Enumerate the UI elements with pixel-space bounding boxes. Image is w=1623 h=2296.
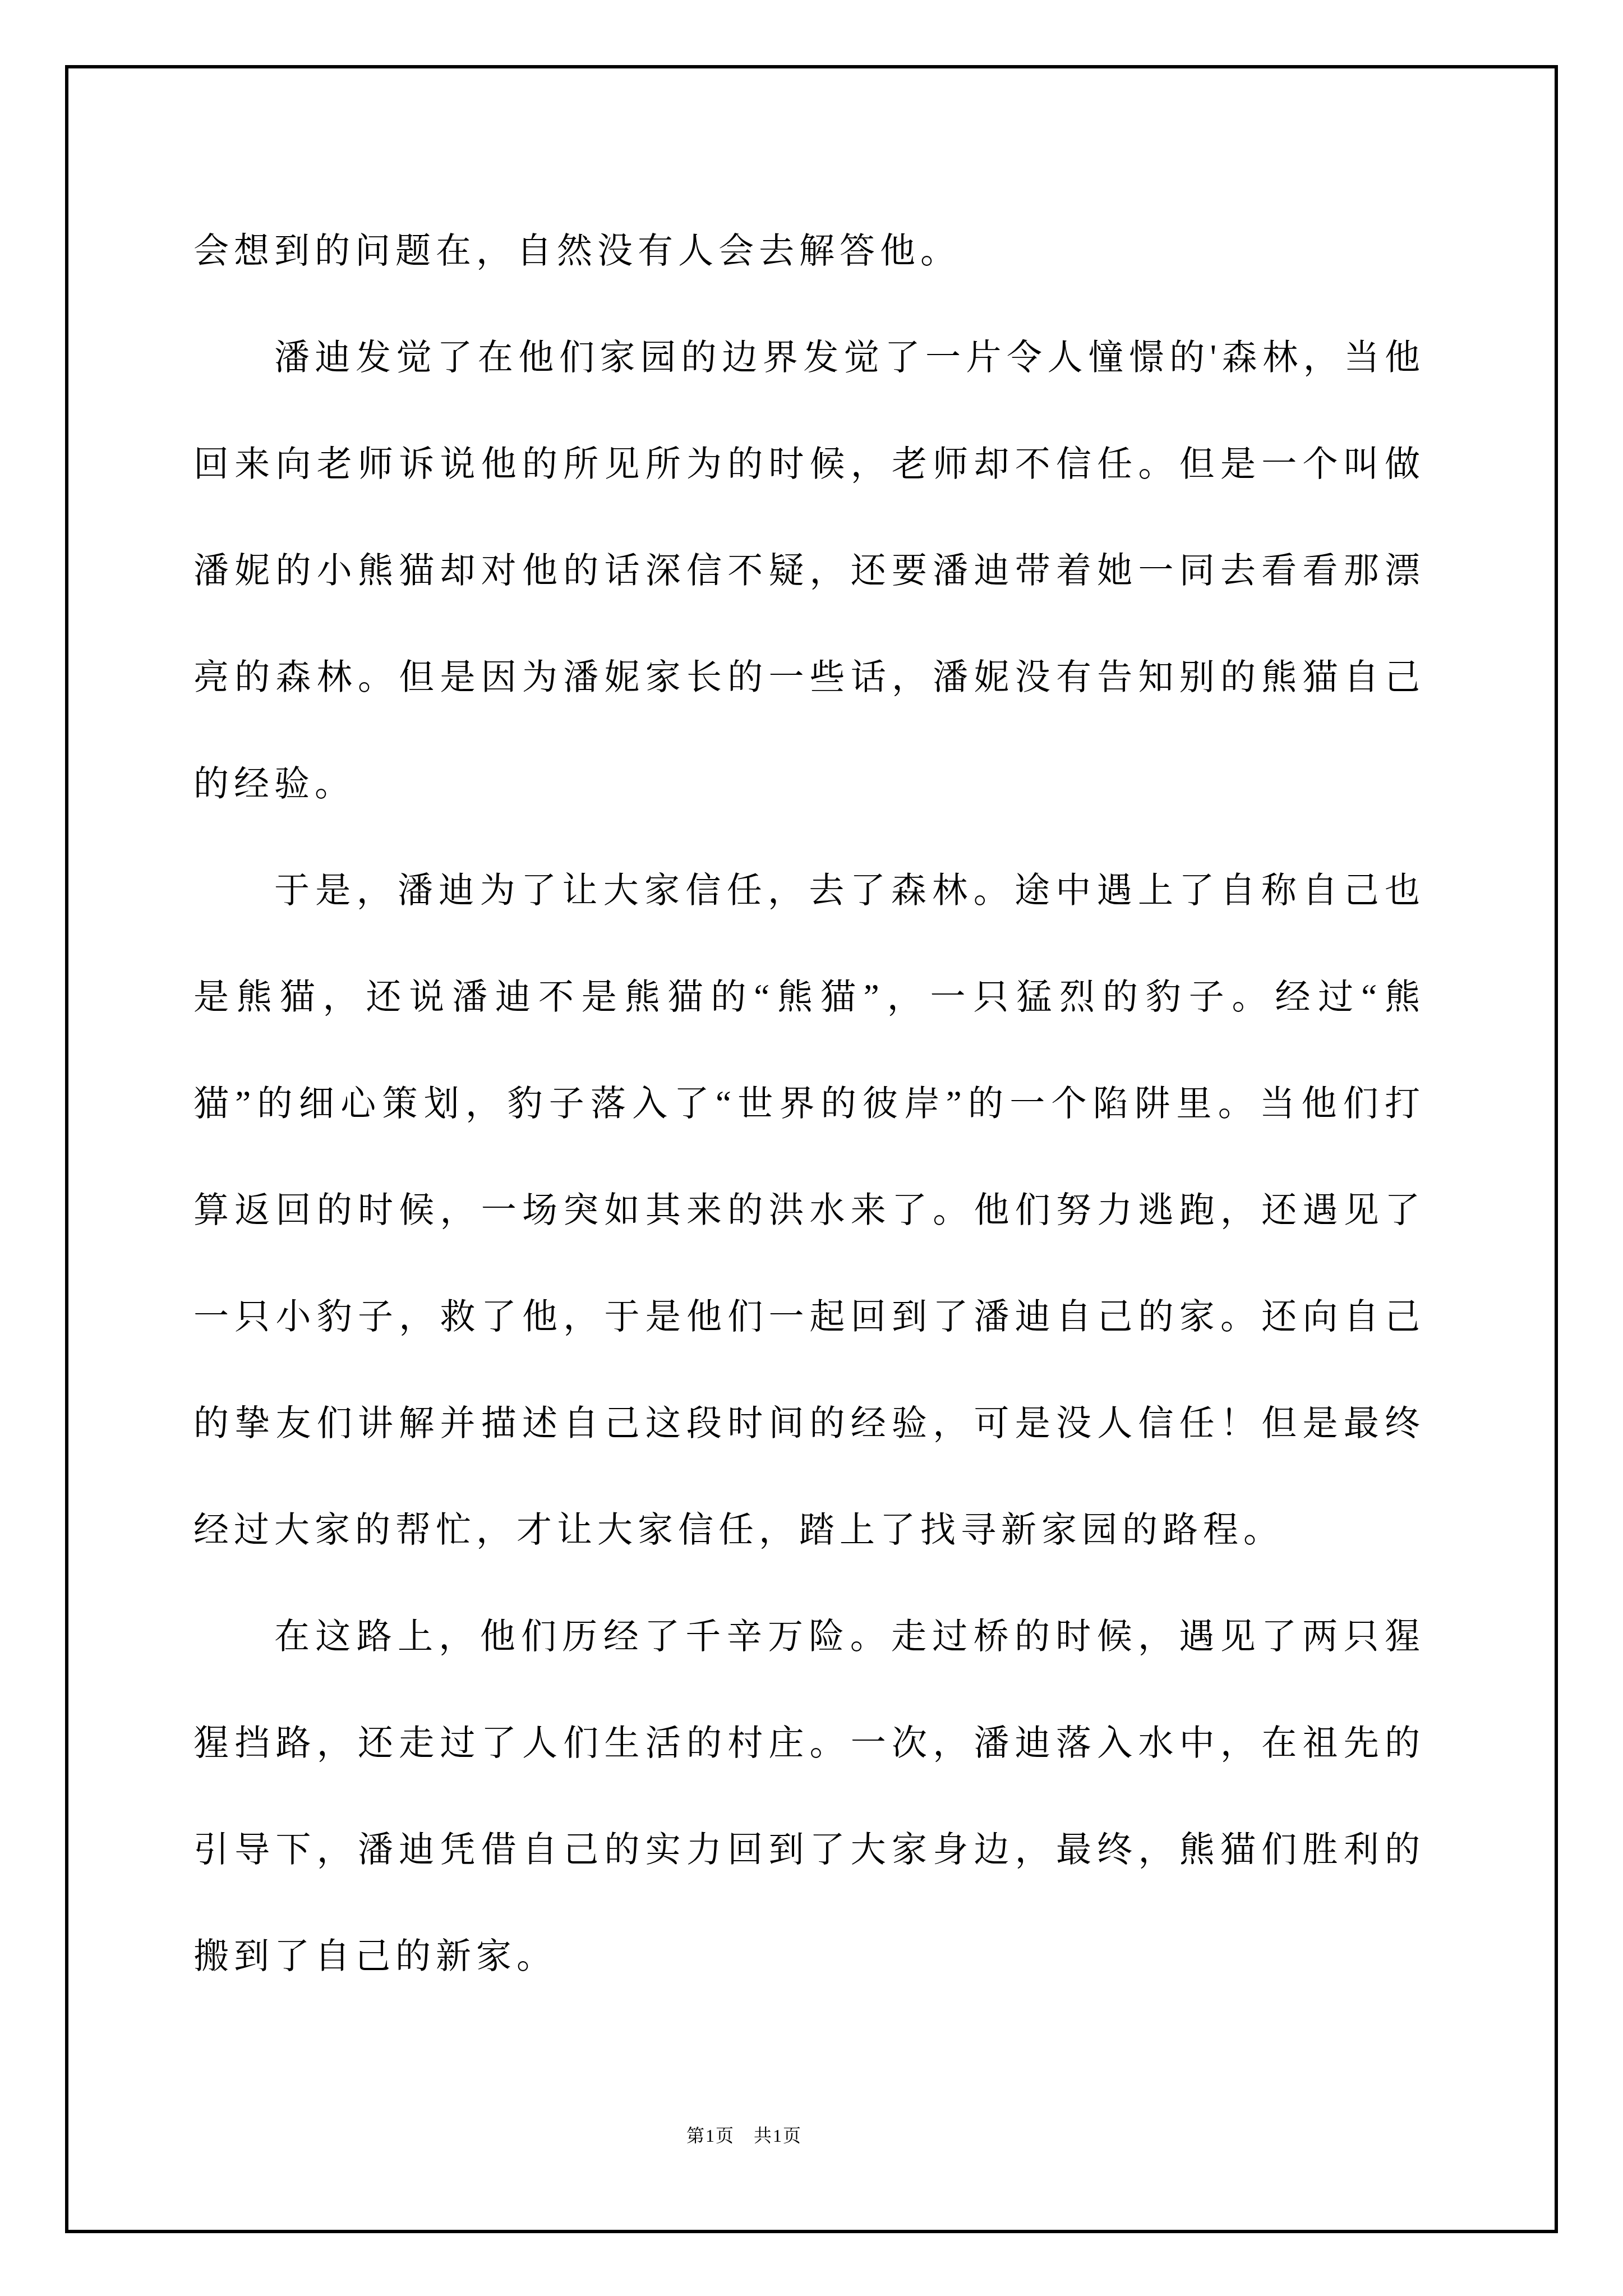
paragraph: 潘迪发觉了在他们家园的边界发觉了一片令人憧憬的'森林，当他回来向老师诉说他的所见… [193,304,1425,837]
document-body: 会想到的问题在，自然没有人会去解答他。 潘迪发觉了在他们家园的边界发觉了一片令人… [193,197,1425,2009]
paragraph: 在这路上，他们历经了千辛万险。走过桥的时候，遇见了两只猩猩挡路，还走过了人们生活… [193,1583,1425,2009]
document-page: 会想到的问题在，自然没有人会去解答他。 潘迪发觉了在他们家园的边界发觉了一片令人… [0,0,1623,2296]
paragraph: 于是，潘迪为了让大家信任，去了森林。途中遇上了自称自己也是熊猫，还说潘迪不是熊猫… [193,837,1425,1583]
page-number-footer: 第1页 共1页 [686,2122,802,2147]
paragraph: 会想到的问题在，自然没有人会去解答他。 [193,197,1425,304]
